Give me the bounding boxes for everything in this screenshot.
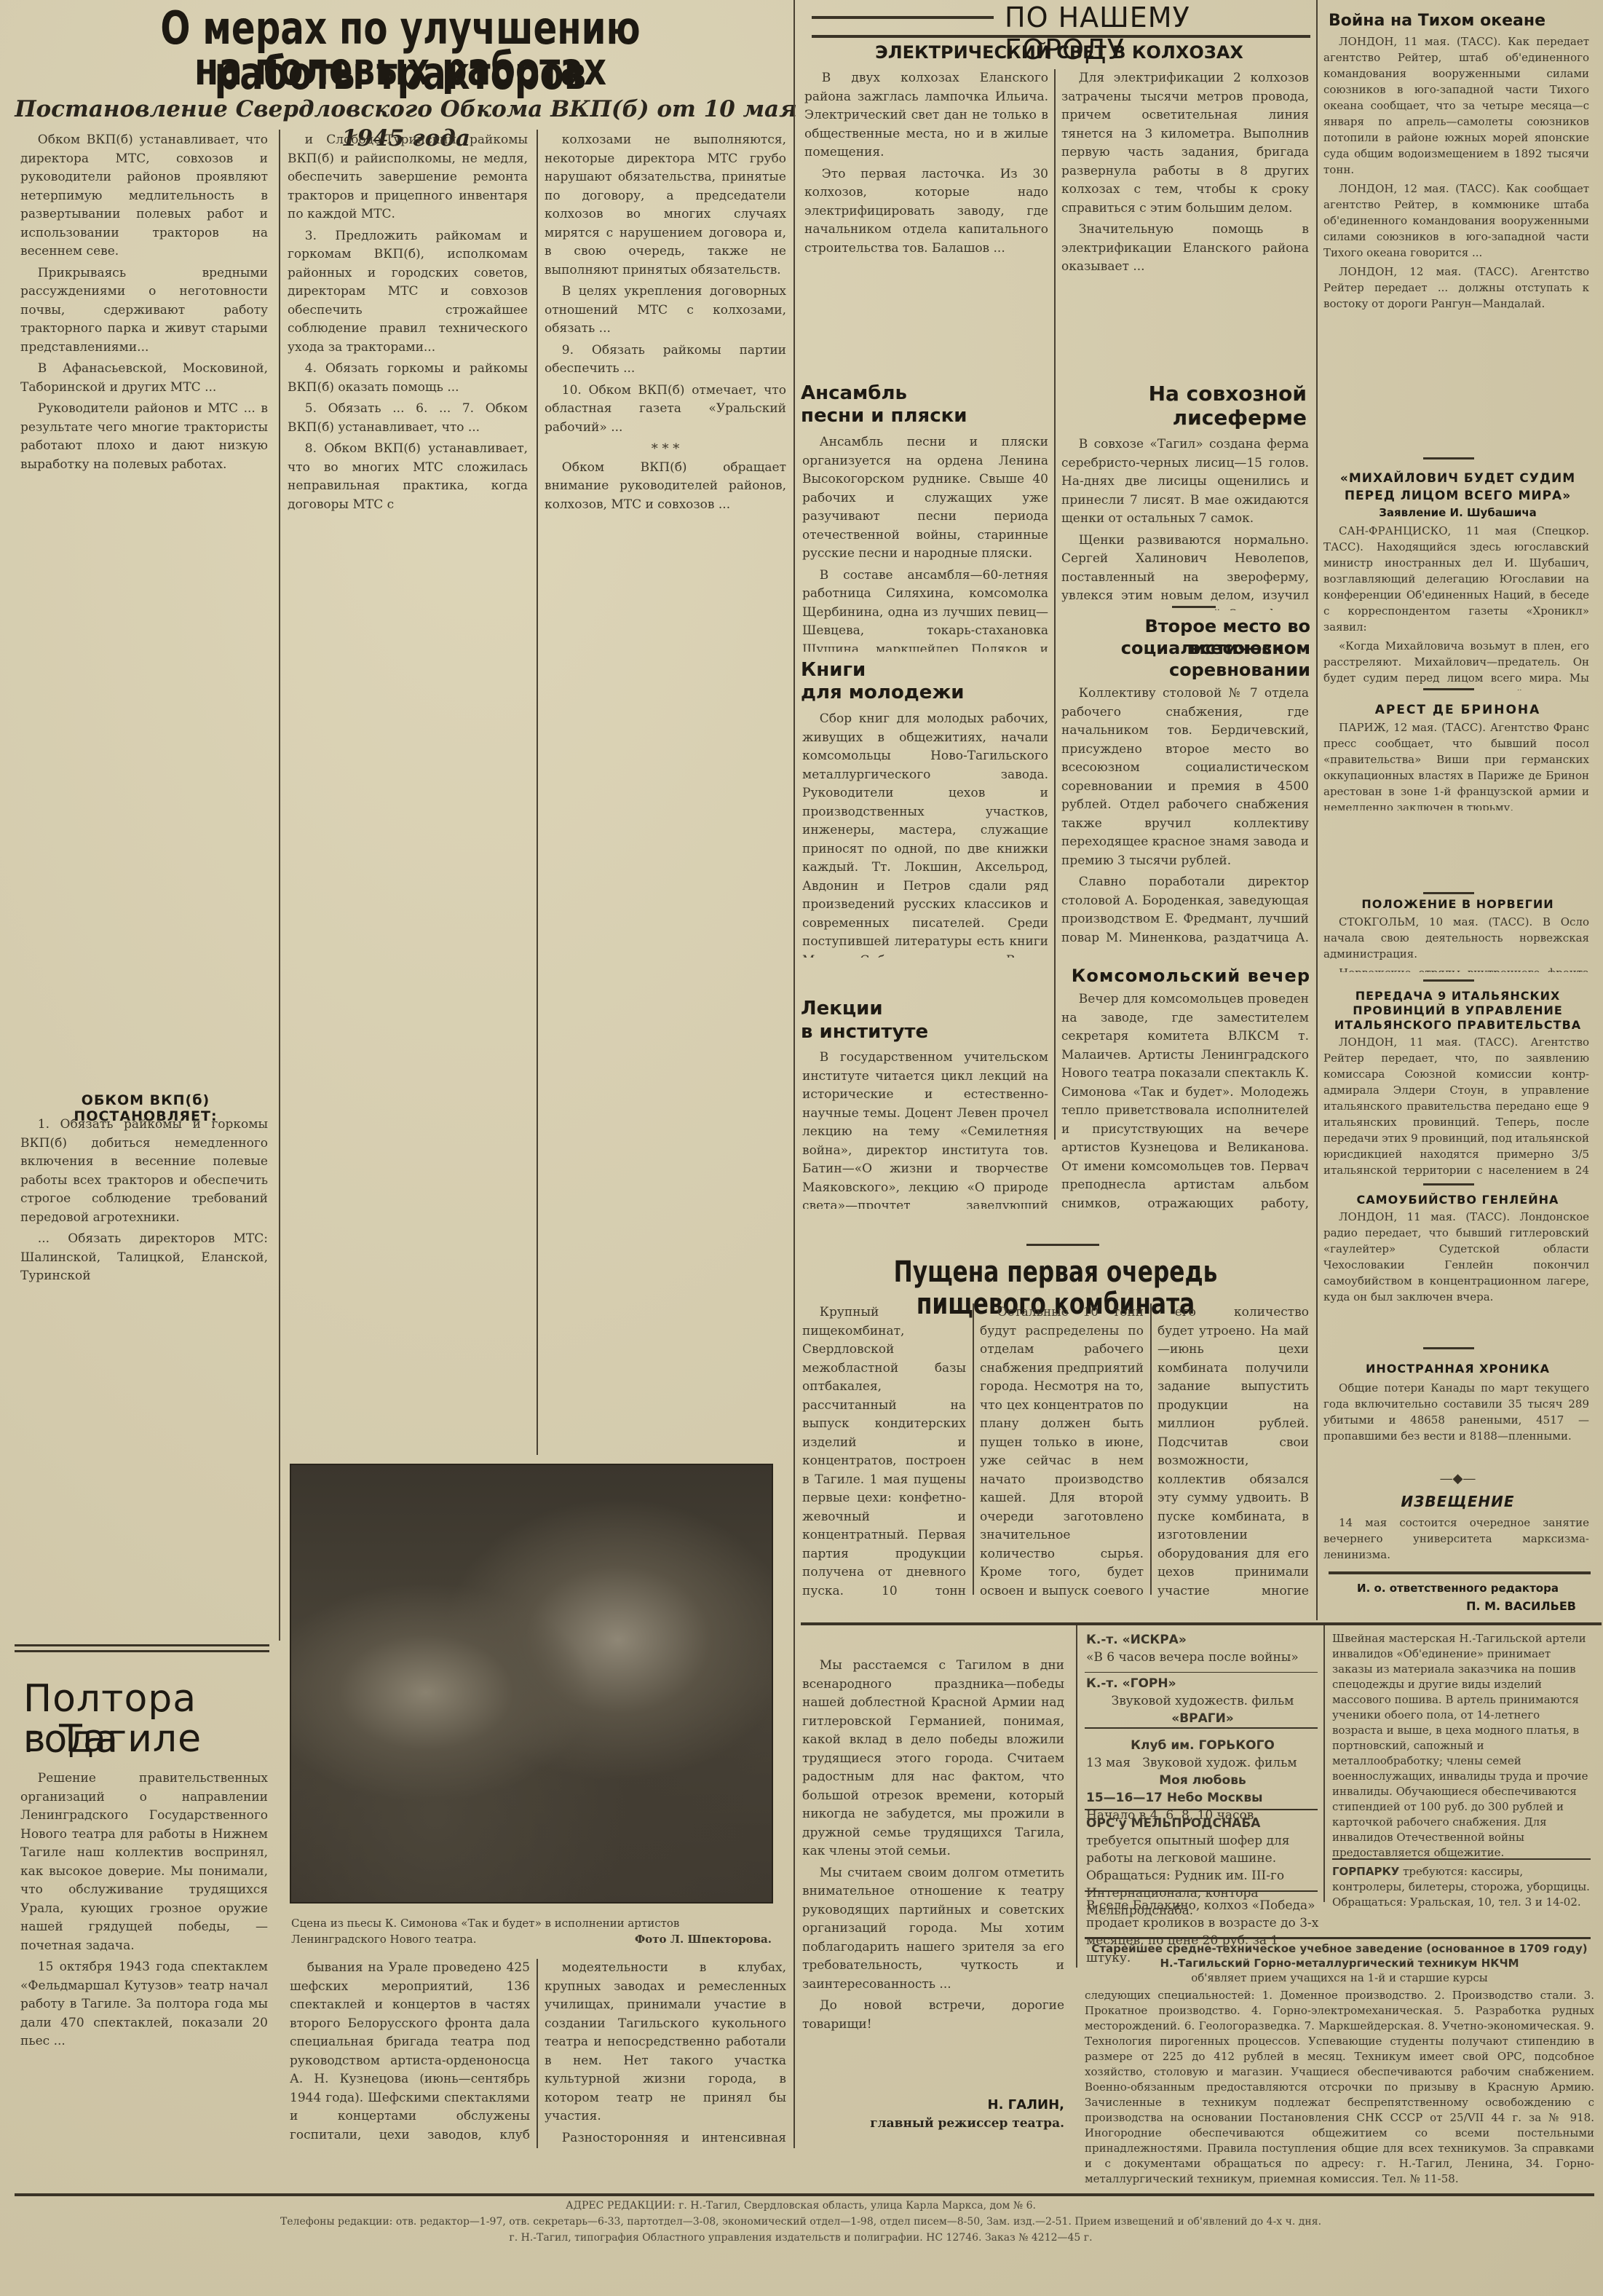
main-article-col2: и Слободо-Туринский райкомы ВКП(б) и рай… bbox=[288, 131, 528, 1442]
ad-rule bbox=[1085, 1809, 1318, 1810]
paragraph: Это первая ласточка. Из 30 колхозов, кот… bbox=[804, 165, 1048, 259]
ad-title: Н.-Тагильский Горно-металлургический тех… bbox=[1085, 1956, 1594, 1970]
paragraph: Руководители районов и МТС ... в результ… bbox=[20, 400, 268, 474]
brinon-title: АРЕСТ ДЕ БРИНОНА bbox=[1325, 703, 1591, 717]
footer-phones: Телефоны редакции: отв. редактор—1-97, о… bbox=[29, 2214, 1572, 2230]
paragraph: 9. Обязать райкомы партии обеспечить ... bbox=[545, 342, 786, 379]
mihailovich-body: САН-ФРАНЦИСКО, 11 мая (Спецкор. ТАСС). Н… bbox=[1323, 523, 1589, 690]
paragraph: 14 мая состоится очередное занятие вечер… bbox=[1323, 1515, 1589, 1563]
paragraph: 3. Предложить райкомам и горкомам ВКП(б)… bbox=[288, 227, 528, 358]
paragraph: бывания на Урале проведено 425 шефских м… bbox=[290, 1959, 530, 2148]
diamond-ornament: —◆— bbox=[1325, 1471, 1591, 1486]
henlein-body: ЛОНДОН, 11 мая. (ТАСС). Лондонское радио… bbox=[1323, 1209, 1589, 1333]
paragraph: 1. Обязать райкомы и горкомы ВКП(б) доби… bbox=[20, 1116, 268, 1227]
paragraph: ЛОНДОН, 12 мая. (ТАСС). Как сообщает аге… bbox=[1323, 181, 1589, 261]
ad-text: Швейная мастерская Н.-Тагильской артели … bbox=[1332, 1632, 1588, 1859]
ad-date: 13 мая bbox=[1086, 1756, 1131, 1770]
banner-rule bbox=[812, 35, 1310, 38]
norway-body: СТОКГОЛЬМ, 10 мая. (ТАСС). В Осло начала… bbox=[1323, 914, 1589, 972]
ad-film: Моя любовь bbox=[1086, 1772, 1319, 1789]
ad-rule bbox=[1085, 1937, 1591, 1939]
footer-address: АДРЕС РЕДАКЦИИ: г. Н.-Тагил, Свердловска… bbox=[29, 2198, 1572, 2214]
second-place-title-line3: соревновании bbox=[1063, 659, 1310, 681]
ad-film: 15—16—17 Небо Москвы bbox=[1086, 1789, 1319, 1807]
paragraph: СТОКГОЛЬМ, 10 мая. (ТАСС). В Осло начала… bbox=[1323, 914, 1589, 962]
paragraph: Славно поработали директор столовой А. Б… bbox=[1061, 873, 1309, 947]
paragraph: До новой встречи, дорогие товарищи! bbox=[802, 1997, 1064, 2034]
paragraph: ЛОНДОН, 11 мая. (ТАСС). Агентство Рейтер… bbox=[1323, 1034, 1589, 1180]
paragraph: ... Обязать директоров МТС: Шалинской, Т… bbox=[20, 1230, 268, 1286]
paragraph: ЛОНДОН, 11 мая. (ТАСС). Как передает аге… bbox=[1323, 33, 1589, 178]
photo-caption: Сцена из пьесы К. Симонова «Так и будет»… bbox=[291, 1915, 772, 1947]
paragraph: колхозами не выполняются, некоторые дире… bbox=[545, 131, 786, 280]
norway-title: ПОЛОЖЕНИЕ В НОРВЕГИИ bbox=[1325, 897, 1591, 911]
henlein-title: САМОУБИЙСТВО ГЕНЛЕЙНА bbox=[1325, 1193, 1591, 1207]
paragraph: В составе ансамбля—60-летняя работница С… bbox=[802, 567, 1048, 652]
paragraph: Вечер для комсомольцев проведен на завод… bbox=[1061, 990, 1309, 1216]
main-article-col1-continued: 1. Обязать райкомы и горкомы ВКП(б) доби… bbox=[20, 1116, 268, 1647]
column-divider bbox=[1316, 0, 1318, 1620]
komsomol-body: Вечер для комсомольцев проведен на завод… bbox=[1061, 990, 1309, 1216]
paragraph: Обком ВКП(б) устанавливает, что директор… bbox=[20, 131, 268, 261]
ad-title: К.-т. «ГОРН» bbox=[1086, 1675, 1319, 1692]
ad-text: следующих специальностей: 1. Доменное пр… bbox=[1085, 1989, 1594, 2185]
paragraph: Сбор книг для молодых рабочих, живущих в… bbox=[802, 710, 1048, 958]
ensemble-title-line2: песни и пляски bbox=[801, 405, 1019, 427]
books-title-line2: для молодежи bbox=[801, 682, 1019, 703]
ad-film: «В 6 часов вечера после войны» bbox=[1086, 1649, 1319, 1666]
chronicle-body: Общие потери Канады по март текущего год… bbox=[1323, 1380, 1589, 1460]
ad-technikum-header: Старейшее средне-техническое учебное зав… bbox=[1085, 1941, 1594, 1985]
column-divider bbox=[279, 130, 280, 1641]
foxfarm-title-line1: На совхозной bbox=[1063, 382, 1307, 406]
paragraph: САН-ФРАНЦИСКО, 11 мая (Спецкор. ТАСС). Н… bbox=[1323, 523, 1589, 635]
paragraph: Общие потери Канады по март текущего год… bbox=[1323, 1380, 1589, 1444]
ad-technikum-body: следующих специальностей: 1. Доменное пр… bbox=[1085, 1988, 1594, 2192]
column-divider bbox=[1150, 1303, 1152, 1595]
chronicle-title: ИНОСТРАННАЯ ХРОНИКА bbox=[1325, 1362, 1591, 1376]
ad-iskra-cinema: К.-т. «ИСКРА» «В 6 часов вечера после во… bbox=[1086, 1631, 1319, 1666]
food-plant-col2: Остальные 10 тонн будут распределены по … bbox=[980, 1303, 1144, 1602]
lectures-title-line1: Лекции bbox=[801, 998, 1019, 1019]
theatre-scene-photo bbox=[290, 1464, 773, 1904]
column-divider bbox=[537, 130, 538, 1455]
paragraph: ПАРИЖ, 12 мая. (ТАСС). Агентство Франс п… bbox=[1323, 719, 1589, 810]
paragraph: ЛОНДОН, 12 мая. (ТАСС). Агентство Рейтер… bbox=[1323, 264, 1589, 312]
paragraph: Мы расстаемся с Тагилом в дни всенародно… bbox=[802, 1657, 1064, 1861]
signature-name: Н. ГАЛИН, bbox=[802, 2097, 1064, 2112]
paragraph: 5. Обязать ... 6. ... 7. Обком ВКП(б) ус… bbox=[288, 400, 528, 437]
paragraph: Решение правительственных организаций о … bbox=[20, 1770, 268, 1955]
paragraph: Ансамбль песни и пляски организуется на … bbox=[802, 433, 1048, 564]
foxfarm-body: В совхозе «Тагил» создана ферма серебрис… bbox=[1061, 435, 1309, 610]
ensemble-title-line1: Ансамбль bbox=[801, 382, 1019, 404]
paragraph: В государственном учительском институте … bbox=[802, 1049, 1048, 1209]
italy-body: ЛОНДОН, 11 мая. (ТАСС). Агентство Рейтер… bbox=[1323, 1034, 1589, 1180]
italy-title: ПЕРЕДАЧА 9 ИТАЛЬЯНСКИХ ПРОВИНЦИЙ В УПРАВ… bbox=[1325, 989, 1591, 1033]
editor-name: П. М. ВАСИЛЬЕВ bbox=[1325, 1599, 1576, 1613]
paragraph: Крупный пищекомбинат, Свердловской межоб… bbox=[802, 1303, 966, 1602]
electric-col2: Для электрификации 2 колхозов затрачены … bbox=[1061, 69, 1309, 353]
lectures-body: В государственном учительском институте … bbox=[802, 1049, 1048, 1209]
ad-desc: Звуковой художеств. фильм bbox=[1086, 1692, 1319, 1710]
section-rule bbox=[15, 1650, 269, 1652]
short-rule bbox=[1423, 1183, 1474, 1186]
column-divider bbox=[973, 1303, 974, 1595]
ad-desc: Звуковой худож. фильм bbox=[1142, 1756, 1297, 1770]
paragraph: 15 октября 1943 года спектаклем «Фельдма… bbox=[20, 1958, 268, 2051]
theatre-title-line2: в Тагиле bbox=[23, 1719, 271, 1759]
foxfarm-title-line2: лисеферме bbox=[1063, 406, 1307, 430]
ad-title: ОРС'у МЕЛЬПРОДСНАБА bbox=[1086, 1816, 1260, 1831]
short-rule bbox=[1423, 892, 1474, 894]
short-rule bbox=[1026, 1244, 1099, 1246]
paragraph: Обком ВКП(б) обращает внимание руководит… bbox=[545, 459, 786, 515]
paragraph: Разносторонняя и интенсивная работа об'я… bbox=[545, 2129, 786, 2149]
ad-title: Клуб им. ГОРЬКОГО bbox=[1086, 1737, 1319, 1754]
notice-body: 14 мая состоится очередное занятие вечер… bbox=[1323, 1515, 1589, 1566]
editor-label: И. о. ответственного редактора bbox=[1325, 1582, 1591, 1595]
paragraph: и Слободо-Туринский райкомы ВКП(б) и рай… bbox=[288, 131, 528, 224]
paragraph: В совхозе «Тагил» создана ферма серебрис… bbox=[1061, 435, 1309, 529]
paragraph: Щенки развиваются нормально. Сергей Хали… bbox=[1061, 532, 1309, 611]
column-divider bbox=[1054, 69, 1056, 1140]
ad-gorn-cinema: К.-т. «ГОРН» Звуковой художеств. фильм «… bbox=[1086, 1675, 1319, 1727]
short-rule bbox=[1423, 979, 1474, 982]
ad-subtitle: об'являет прием учащихся на 1-й и старши… bbox=[1085, 1970, 1594, 1985]
paragraph: 10. Обком ВКП(б) отмечает, что областная… bbox=[545, 382, 786, 438]
theatre-col2: бывания на Урале проведено 425 шефских м… bbox=[290, 1959, 530, 2148]
section-rule bbox=[801, 1622, 1602, 1625]
caption-text: Сцена из пьесы К. Симонова «Так и будет»… bbox=[291, 1917, 679, 1946]
brinon-body: ПАРИЖ, 12 мая. (ТАСС). Агентство Франс п… bbox=[1323, 719, 1589, 810]
ad-sewing-workshop: Швейная мастерская Н.-Тагильской артели … bbox=[1332, 1631, 1591, 1861]
ad-rule bbox=[1085, 1672, 1318, 1673]
komsomol-title: Комсомольский вечер bbox=[1063, 965, 1310, 987]
ad-title: ГОРПАРКУ bbox=[1332, 1865, 1399, 1878]
ad-title: Старейшее средне-техническое учебное зав… bbox=[1085, 1941, 1594, 1956]
ensemble-body: Ансамбль песни и пляски организуется на … bbox=[802, 433, 1048, 652]
books-title-line1: Книги bbox=[801, 659, 1019, 681]
pacific-body: ЛОНДОН, 11 мая. (ТАСС). Как передает аге… bbox=[1323, 33, 1589, 441]
banner-rule bbox=[812, 16, 994, 19]
theatre-col3: модеятельности в клубах, крупных заводах… bbox=[545, 1959, 786, 2148]
paragraph: 4. Обязать горкомы и райкомы ВКП(б) оказ… bbox=[288, 360, 528, 397]
main-article-col1: Обком ВКП(б) устанавливает, что директор… bbox=[20, 131, 268, 1085]
short-rule bbox=[1172, 606, 1216, 608]
footer-rule bbox=[15, 2193, 1594, 2196]
food-plant-col3: его количество будет утроено. На май—июн… bbox=[1157, 1303, 1309, 1602]
paragraph: модеятельности в клубах, крупных заводах… bbox=[545, 1959, 786, 2126]
photo-credit: Фото Л. Шпекторова. bbox=[635, 1931, 772, 1947]
column-divider bbox=[793, 0, 795, 2148]
paragraph: его количество будет утроено. На май—июн… bbox=[1157, 1303, 1309, 1602]
separator-asterisks: * * * bbox=[545, 440, 786, 459]
paragraph: В Афанасьевской, Московиной, Таборинской… bbox=[20, 360, 268, 397]
ad-title: К.-т. «ИСКРА» bbox=[1086, 1631, 1319, 1649]
main-headline-line2: на полевых работах bbox=[100, 47, 702, 92]
short-rule bbox=[1423, 688, 1474, 690]
paragraph: Норвежские отряды внутреннего фронта явл… bbox=[1323, 965, 1589, 972]
notice-title: ИЗВЕЩЕНИЕ bbox=[1325, 1493, 1591, 1510]
section-rule bbox=[1329, 1571, 1591, 1574]
second-place-body: Коллективу столовой № 7 отдела рабочего … bbox=[1061, 685, 1309, 947]
column-divider bbox=[1076, 1625, 1077, 1968]
lectures-title-line2: в институте bbox=[801, 1021, 1019, 1043]
paragraph: В целях укрепления договорных отношений … bbox=[545, 283, 786, 339]
signature-role: главный режиссер театра. bbox=[802, 2116, 1064, 2131]
main-article-col3: колхозами не выполняются, некоторые дире… bbox=[545, 131, 786, 1442]
section-rule bbox=[15, 1644, 269, 1646]
theatre-col4: Мы расстаемся с Тагилом в дни всенародно… bbox=[802, 1657, 1064, 2086]
electric-title: ЭЛЕКТРИЧЕСКИЙ СВЕТ В КОЛХОЗАХ bbox=[808, 41, 1310, 64]
short-rule bbox=[1423, 1347, 1474, 1349]
short-rule bbox=[1423, 457, 1474, 459]
ad-rule bbox=[1085, 1890, 1318, 1892]
second-place-title-line2: социалистическом bbox=[1063, 637, 1310, 659]
mihailovich-title: «МИХАЙЛОВИЧ БУДЕТ СУДИМ ПЕРЕД ЛИЦОМ ВСЕГ… bbox=[1325, 470, 1591, 505]
ad-rule bbox=[1332, 1858, 1591, 1860]
paragraph: Прикрываясь вредными рассуждениями о нег… bbox=[20, 264, 268, 358]
column-divider bbox=[1323, 1625, 1325, 1902]
paragraph: Значительную помощь в электрификации Ела… bbox=[1061, 221, 1309, 277]
paragraph: Остальные 10 тонн будут распределены по … bbox=[980, 1303, 1144, 1602]
paragraph: «Когда Михайловича возьмут в плен, его р… bbox=[1323, 638, 1589, 690]
theatre-col1: Решение правительственных организаций о … bbox=[20, 1770, 268, 2148]
footer-printer: г. Н.-Тагил, типография Областного управ… bbox=[29, 2230, 1572, 2246]
books-body: Сбор книг для молодых рабочих, живущих в… bbox=[802, 710, 1048, 958]
paragraph: Для электрификации 2 колхозов затрачены … bbox=[1061, 69, 1309, 218]
paragraph: Мы считаем своим долгом отметить внимате… bbox=[802, 1864, 1064, 1995]
paragraph: ЛОНДОН, 11 мая. (ТАСС). Лондонское радио… bbox=[1323, 1209, 1589, 1305]
pacific-title: Война на Тихом океане bbox=[1329, 10, 1591, 32]
ad-gorpark: ГОРПАРКУ требуются: кассиры, контролеры,… bbox=[1332, 1864, 1591, 1910]
electric-col1: В двух колхозах Еланского района зажглас… bbox=[804, 69, 1048, 353]
ad-film: «ВРАГИ» bbox=[1086, 1710, 1319, 1727]
mihailovich-subtitle: Заявление И. Шубашича bbox=[1325, 506, 1591, 519]
paragraph: Коллективу столовой № 7 отдела рабочего … bbox=[1061, 685, 1309, 870]
newspaper-page: О мерах по улучшению работы тракторов на… bbox=[0, 0, 1603, 2296]
ad-gorky-club: Клуб им. ГОРЬКОГО 13 мая Звуковой худож.… bbox=[1086, 1737, 1319, 1824]
column-divider bbox=[537, 1959, 538, 2148]
food-plant-col1: Крупный пищекомбинат, Свердловской межоб… bbox=[802, 1303, 966, 1602]
paragraph: 8. Обком ВКП(б) устанавливает, что во мн… bbox=[288, 440, 528, 514]
ad-rule bbox=[1085, 1727, 1318, 1729]
paragraph: В двух колхозах Еланского района зажглас… bbox=[804, 69, 1048, 162]
